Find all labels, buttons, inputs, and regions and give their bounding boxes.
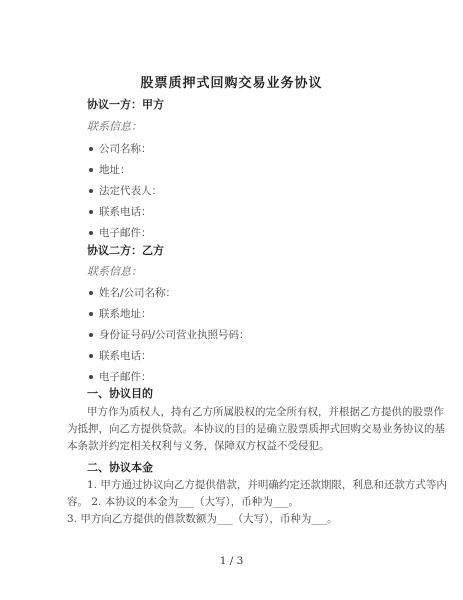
bullet-icon (89, 147, 93, 151)
page-number: 1 / 3 (0, 555, 463, 567)
document-page: 股票质押式回购交易业务协议 协议一方：甲方 联系信息： 公司名称： 地址： 法定… (0, 0, 463, 600)
bullet-icon (89, 375, 93, 379)
field-label: 公司名称： (99, 141, 152, 156)
paragraph-line: 1. 甲方通过协议向乙方提供借款，并明确约定还款期限，利息和还款方式等内 (67, 477, 397, 494)
field-label: 姓名/公司名称： (99, 285, 176, 300)
section-1-heading: 一、协议目的 (87, 385, 153, 401)
field-label: 地址： (99, 162, 131, 177)
section-2-paragraph: 1. 甲方通过协议向乙方提供借款，并明确约定还款期限，利息和还款方式等内 容。 … (67, 477, 397, 528)
field-label: 联系地址： (99, 306, 152, 321)
party-a-field-address: 地址： (89, 162, 131, 177)
field-label: 电子邮件： (99, 225, 152, 240)
document-title: 股票质押式回购交易业务协议 (0, 72, 463, 91)
bullet-icon (89, 312, 93, 316)
bullet-icon (89, 168, 93, 172)
bullet-icon (89, 333, 93, 337)
bullet-icon (89, 354, 93, 358)
field-label: 电子邮件： (99, 369, 152, 384)
party-a-field-phone: 联系电话： (89, 204, 152, 219)
party-a-field-company-name: 公司名称： (89, 141, 152, 156)
bullet-icon (89, 291, 93, 295)
party-a-field-email: 电子邮件： (89, 225, 152, 240)
section-2-heading: 二、协议本金 (87, 459, 153, 475)
paragraph-line: 为抵押，向乙方提供贷款。本协议的目的是确立股票质押式回购交易业务协议的基 (67, 421, 397, 438)
party-a-contact-label: 联系信息： (87, 118, 142, 134)
party-a-field-legal-rep: 法定代表人： (89, 183, 162, 198)
field-label: 法定代表人： (99, 183, 162, 198)
paragraph-line: 本条款并约定相关权利与义务，保障双方权益不受侵犯。 (67, 438, 397, 455)
paragraph-line: 甲方作为质权人，持有乙方所属股权的完全所有权，并根据乙方提供的股票作 (67, 404, 397, 421)
party-a-heading: 协议一方：甲方 (87, 96, 164, 112)
section-1-paragraph: 甲方作为质权人，持有乙方所属股权的完全所有权，并根据乙方提供的股票作 为抵押，向… (67, 404, 397, 455)
bullet-icon (89, 210, 93, 214)
paragraph-line: 3. 甲方向乙方提供的借款数额为___（大写），币种为___。 (67, 511, 397, 528)
party-b-field-address: 联系地址： (89, 306, 152, 321)
party-b-contact-label: 联系信息： (87, 263, 142, 279)
bullet-icon (89, 231, 93, 235)
field-label: 联系电话： (99, 204, 152, 219)
party-b-field-id-number: 身份证号码/公司营业执照号码： (89, 327, 250, 342)
party-b-field-name: 姓名/公司名称： (89, 285, 176, 300)
field-label: 身份证号码/公司营业执照号码： (99, 327, 250, 342)
bullet-icon (89, 189, 93, 193)
party-b-field-phone: 联系电话： (89, 348, 152, 363)
party-b-heading: 协议二方：乙方 (87, 242, 164, 258)
paragraph-line: 容。 2. 本协议的本金为___（大写），币种为___。 (67, 494, 397, 511)
field-label: 联系电话： (99, 348, 152, 363)
party-b-field-email: 电子邮件： (89, 369, 152, 384)
